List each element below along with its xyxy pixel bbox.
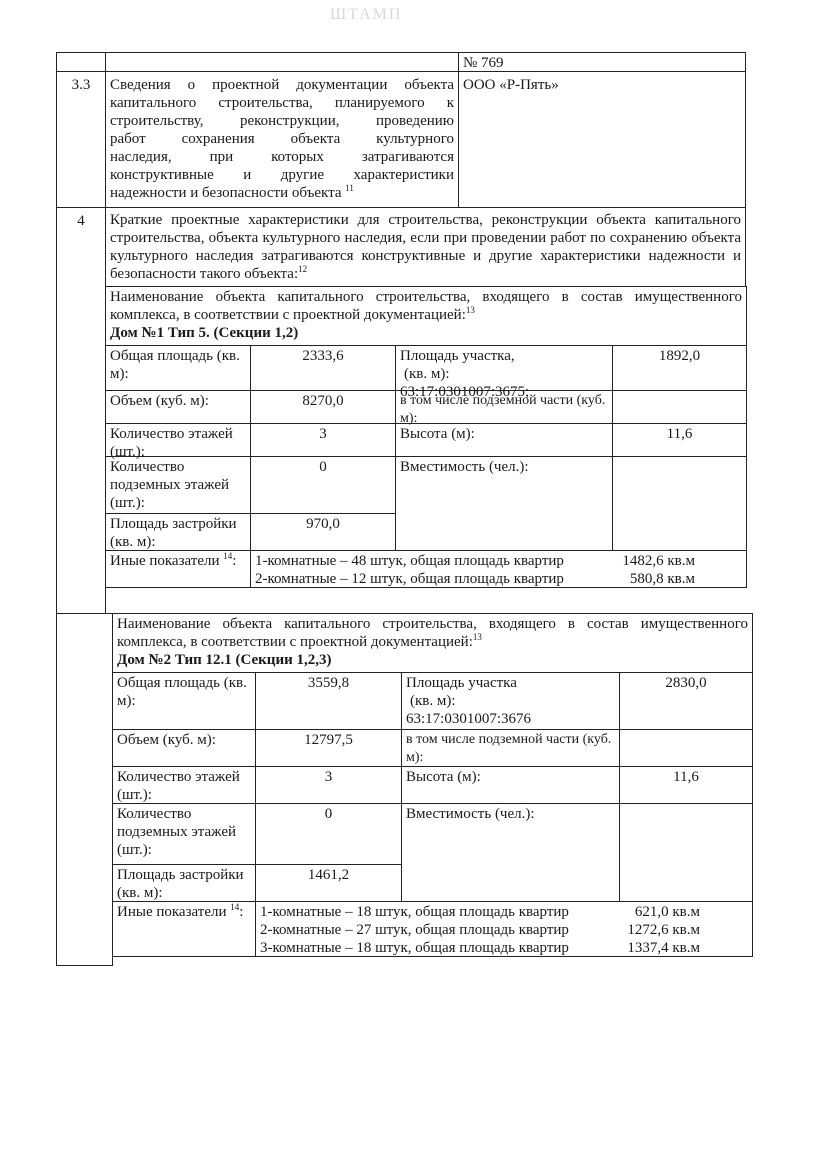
capacity-label: Вместимость (чел.):	[395, 456, 613, 551]
underground-floors-value: 0	[250, 456, 396, 514]
top-row-label-cell	[105, 52, 459, 72]
volume-label: Объем (куб. м):	[105, 390, 251, 424]
height-label: Высота (м):	[401, 766, 620, 804]
plot-label: Площадь участка,	[400, 347, 608, 365]
footnote-13: 13	[473, 632, 482, 642]
label-line: работ сохранения объекта культурного	[110, 130, 454, 148]
floors-label: Количество этажей (шт.):	[105, 423, 251, 457]
footnote-14: 14	[223, 551, 232, 561]
volume-label: Объем (куб. м):	[112, 729, 256, 767]
underground-volume-label: в том числе подземной части (куб. м):	[401, 729, 620, 767]
footnote-14: 14	[230, 902, 239, 912]
plot-area-label: Площадь участка,(кв. м):63:17:0301007:36…	[395, 345, 613, 391]
height-label: Высота (м):	[395, 423, 613, 457]
plot-area-value: 1892,0	[612, 345, 747, 391]
name-intro: Наименование объекта капитального строит…	[117, 615, 748, 651]
other-label-text: Иные показатели	[110, 553, 220, 569]
capacity-value	[619, 803, 753, 902]
total-area-value: 3559,8	[255, 672, 402, 730]
volume-value: 8270,0	[250, 390, 396, 424]
label-line: капитального строительства, планируемого…	[110, 94, 454, 112]
footprint-value: 1461,2	[255, 864, 402, 902]
label-line: наследия, при которых затрагиваются	[110, 148, 454, 166]
apartment-type-text: 1-комнатные – 18 штук, общая площадь ква…	[260, 903, 616, 921]
plot-label: Площадь участка	[406, 674, 615, 692]
intro-text: Краткие проектные характеристики для стр…	[110, 212, 741, 282]
other-label-text: Иные показатели	[117, 904, 227, 920]
building-name-block: Наименование объекта капитального строит…	[105, 286, 747, 346]
other-indicators-label: Иные показатели 14:	[105, 550, 251, 588]
name-intro-text: Наименование объекта капитального строит…	[117, 616, 748, 650]
building-name-block: Наименование объекта капитального строит…	[112, 613, 753, 673]
plot-unit: (кв. м):	[400, 365, 608, 383]
label-line: строительству, реконструкции, проведению	[110, 112, 454, 130]
label-line: конструктивные и другие характеристики	[110, 166, 454, 184]
height-value: 11,6	[619, 766, 753, 804]
footnote-11: 11	[345, 183, 354, 193]
underground-volume-label: в том числе подземной части (куб. м):	[395, 390, 613, 424]
footnote-12: 12	[298, 264, 307, 274]
top-row-num-cell	[56, 52, 106, 72]
row-number-3-3: 3.3	[56, 71, 106, 208]
footprint-label: Площадь застройки (кв. м):	[112, 864, 256, 902]
total-area-value: 2333,6	[250, 345, 396, 391]
apartment-area-value: 580,8 кв.м	[611, 570, 695, 588]
other-indicators-label: Иные показатели 14:	[112, 901, 256, 957]
apartment-type-text: 1-комнатные – 48 штук, общая площадь ква…	[255, 552, 611, 570]
underground-volume-value	[612, 390, 747, 424]
footprint-value: 970,0	[250, 513, 396, 551]
total-area-label: Общая площадь (кв. м):	[105, 345, 251, 391]
apartment-type-row: 3-комнатные – 18 штук, общая площадь ква…	[260, 939, 700, 957]
label-last-line: надежности и безопасности объекта	[110, 185, 342, 201]
height-value: 11,6	[612, 423, 747, 457]
underground-volume-value	[619, 729, 753, 767]
building-title: Дом №2 Тип 12.1 (Секции 1,2,3)	[117, 651, 748, 669]
underground-floors-label: Количество подземных этажей (шт.):	[112, 803, 256, 865]
underground-floors-value: 0	[255, 803, 402, 865]
apartment-area-value: 621,0 кв.м	[616, 903, 700, 921]
floors-label: Количество этажей (шт.):	[112, 766, 256, 804]
label-line: Сведения о проектной документации объект…	[110, 76, 454, 94]
building-title: Дом №1 Тип 5. (Секции 1,2)	[110, 324, 742, 342]
other-indicators-list: 1-комнатные – 48 штук, общая площадь ква…	[250, 550, 747, 588]
apartment-area-value: 1272,6 кв.м	[616, 921, 700, 939]
row-number-4: 4	[56, 207, 106, 614]
license-number: № 769	[458, 52, 746, 72]
design-documentation-label: Сведения о проектной документации объект…	[105, 71, 459, 208]
faint-stamp: ШТАМП	[330, 6, 402, 24]
floors-value: 3	[255, 766, 402, 804]
apartment-type-row: 2-комнатные – 27 штук, общая площадь ква…	[260, 921, 700, 939]
plot-unit: (кв. м):	[406, 692, 615, 710]
apartment-type-row: 1-комнатные – 48 штук, общая площадь ква…	[255, 552, 695, 570]
total-area-label: Общая площадь (кв. м):	[112, 672, 256, 730]
cadastral-number: 63:17:0301007:3676	[406, 710, 615, 728]
apartment-area-value: 1337,4 кв.м	[616, 939, 700, 957]
footprint-label: Площадь застройки (кв. м):	[105, 513, 251, 551]
plot-area-label: Площадь участка(кв. м):63:17:0301007:367…	[401, 672, 620, 730]
name-intro-text: Наименование объекта капитального строит…	[110, 289, 742, 323]
other-indicators-list: 1-комнатные – 18 штук, общая площадь ква…	[255, 901, 753, 957]
apartment-type-text: 2-комнатные – 27 штук, общая площадь ква…	[260, 921, 616, 939]
underground-floors-label: Количество подземных этажей (шт.):	[105, 456, 251, 514]
floors-value: 3	[250, 423, 396, 457]
row-number-cell-continuation	[56, 613, 113, 966]
designer-company: ООО «Р-Пять»	[458, 71, 746, 208]
name-intro: Наименование объекта капитального строит…	[110, 288, 742, 324]
capacity-label: Вместимость (чел.):	[401, 803, 620, 902]
plot-area-value: 2830,0	[619, 672, 753, 730]
apartment-type-row: 1-комнатные – 18 штук, общая площадь ква…	[260, 903, 700, 921]
apartment-type-text: 2-комнатные – 12 штук, общая площадь ква…	[255, 570, 611, 588]
apartment-type-row: 2-комнатные – 12 штук, общая площадь ква…	[255, 570, 695, 588]
apartment-area-value: 1482,6 кв.м	[611, 552, 695, 570]
brief-characteristics-intro: Краткие проектные характеристики для стр…	[105, 207, 746, 287]
volume-value: 12797,5	[255, 729, 402, 767]
apartment-type-text: 3-комнатные – 18 штук, общая площадь ква…	[260, 939, 616, 957]
footnote-13: 13	[466, 305, 475, 315]
capacity-value	[612, 456, 747, 551]
